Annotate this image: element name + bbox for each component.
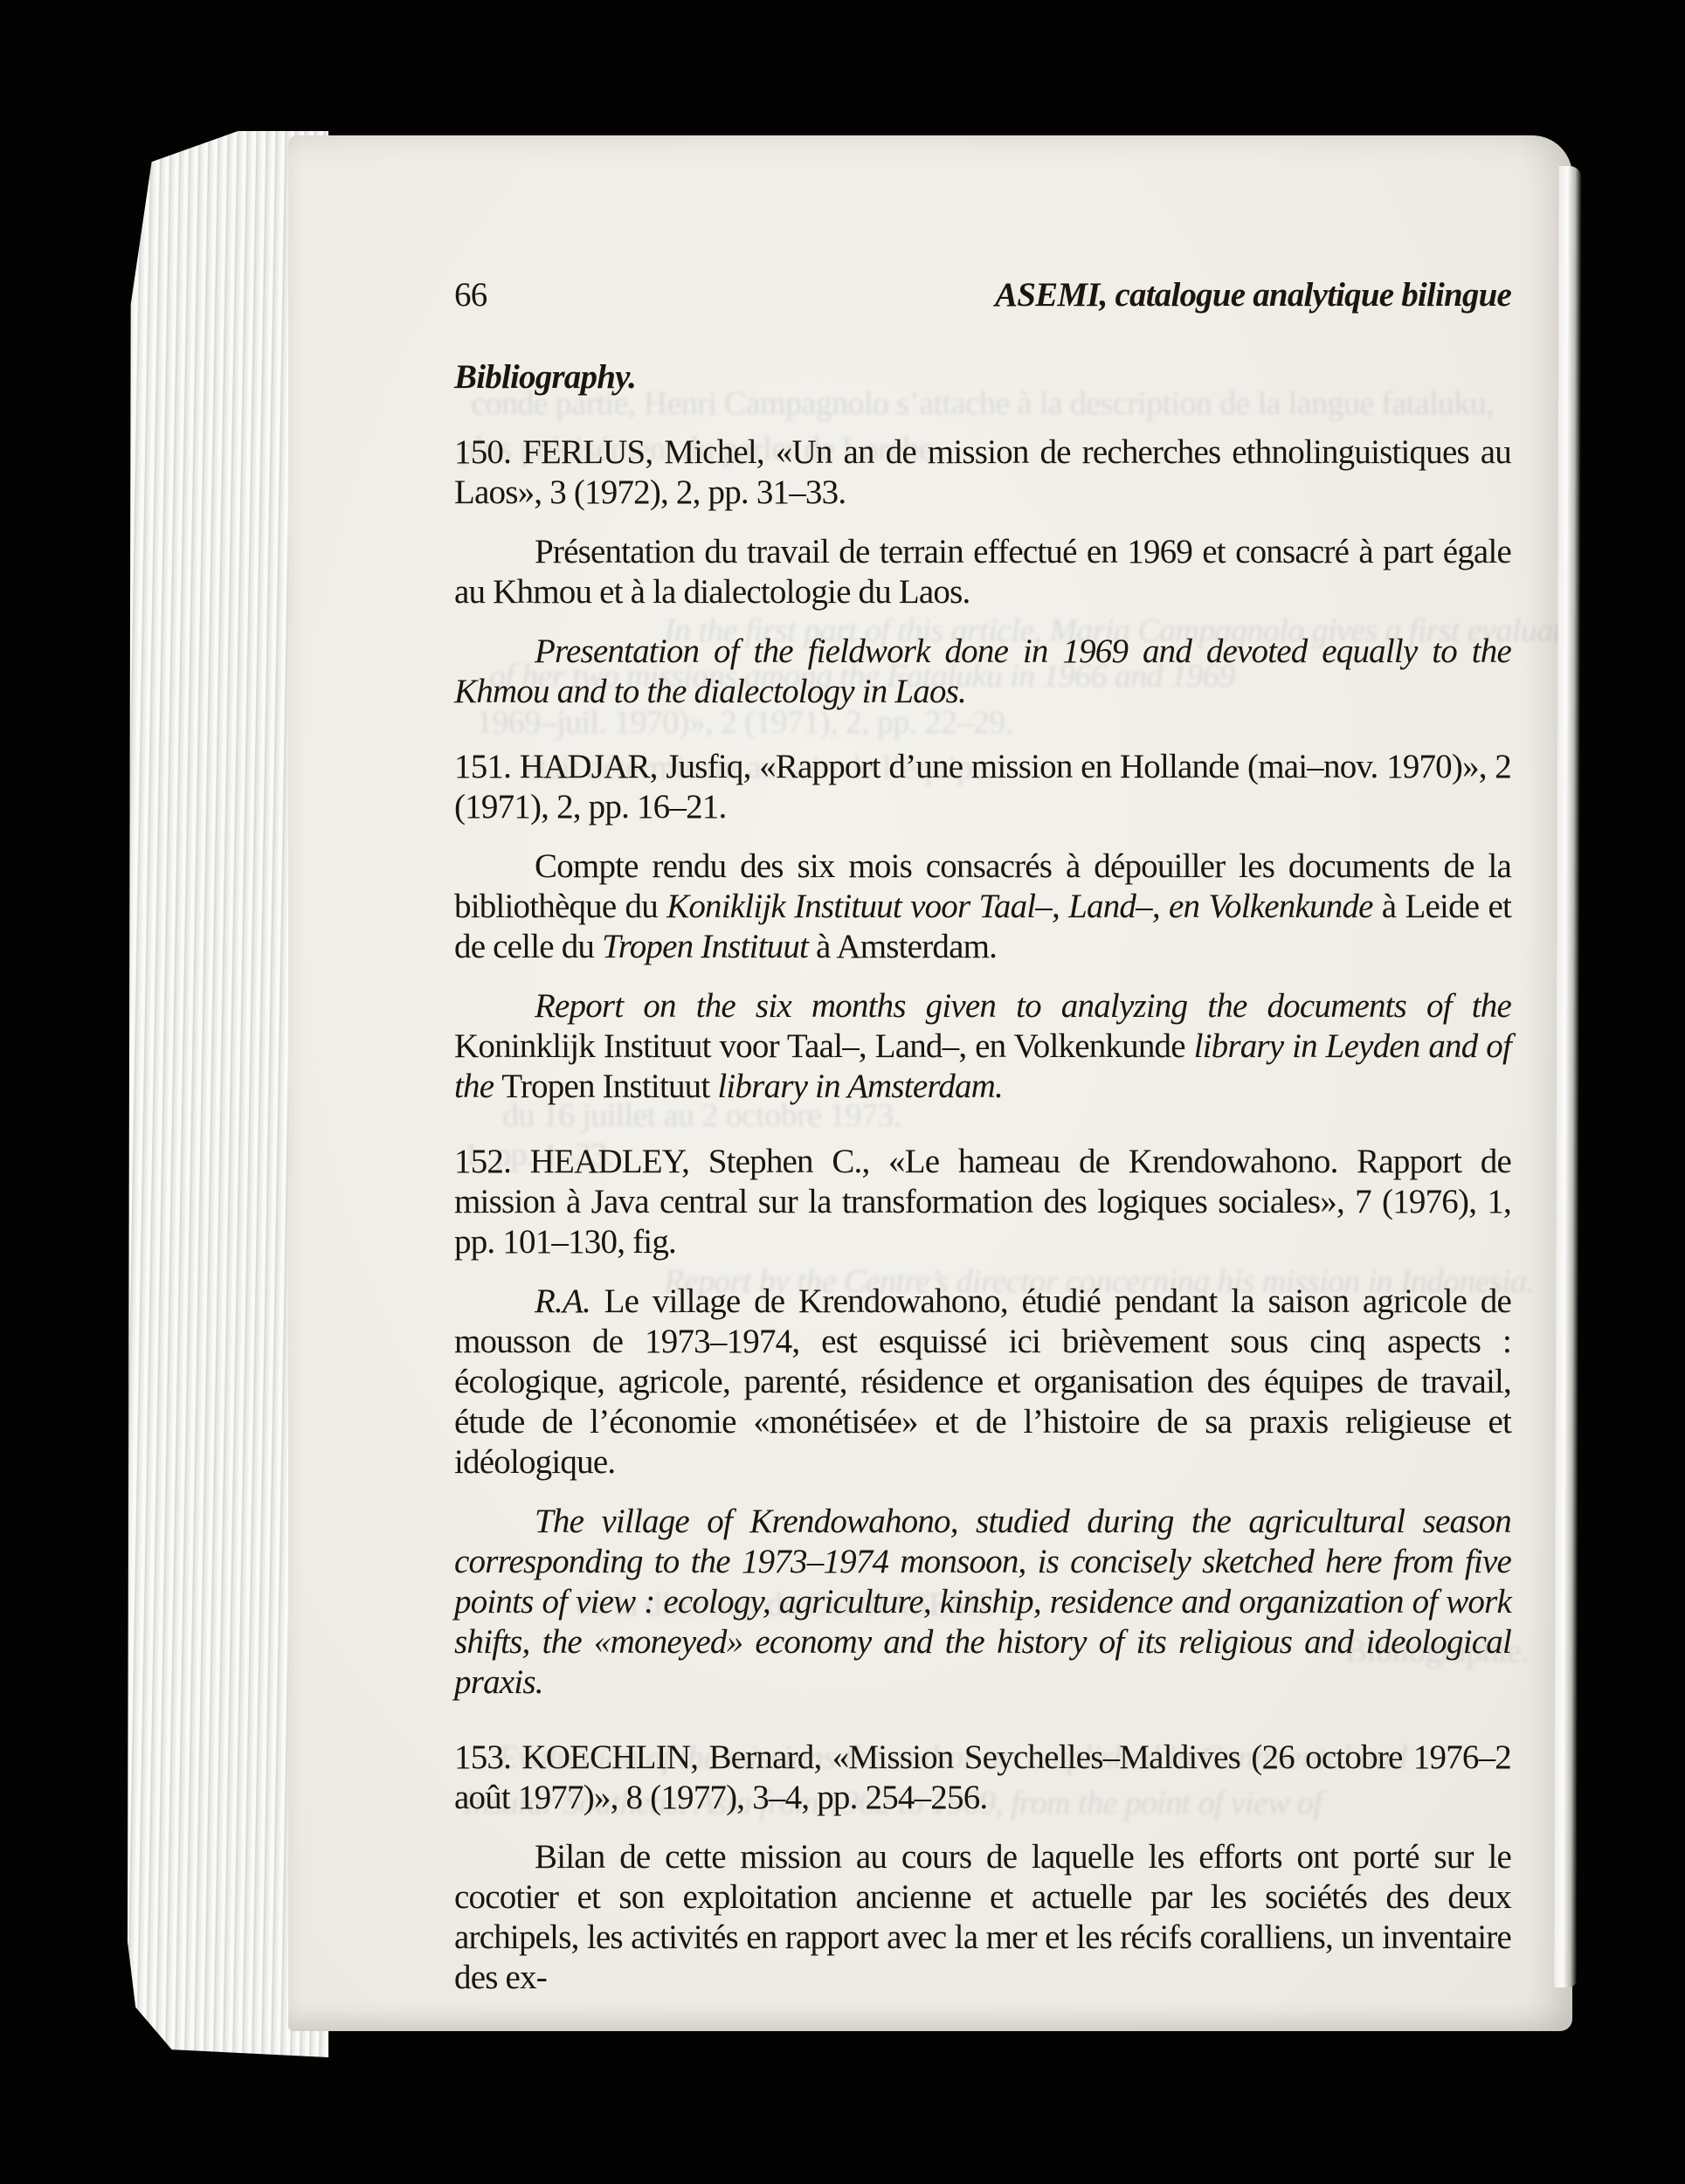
page-content: 66 ASEMI, catalogue analytique bilingue … [454, 275, 1511, 2017]
text-run: Bilan de cette mission au cours de laque… [454, 1838, 1511, 1996]
text-run: The village of Krendowahono, studied dur… [454, 1503, 1511, 1701]
text-run: Presentation of the fieldwork done in 19… [454, 632, 1511, 710]
entry-english-abstract: Presentation of the fieldwork done in 19… [454, 632, 1511, 712]
page-number: 66 [454, 275, 487, 315]
text-run: Koniklijk Instituut voor Taal–, Land–, e… [666, 888, 1372, 925]
entry-english-abstract: Report on the six months given to analyz… [454, 986, 1511, 1107]
book-page: conde partie, Henri Campagnolo s’attache… [288, 135, 1572, 2031]
entry-french-abstract: Bilan de cette mission au cours de laque… [454, 1837, 1511, 1998]
text-run: Le village de Krendowahono, étudié penda… [454, 1282, 1511, 1481]
text-run: Report on the six months given to analyz… [535, 987, 1511, 1025]
entry-french-abstract: Présentation du travail de terrain effec… [454, 532, 1511, 612]
bibliography-entry-153: 153. KOECHLIN, Bernard, «Mission Seychel… [454, 1738, 1511, 1998]
entry-heading: 151. HADJAR, Jusfiq, «Rapport d’une miss… [454, 747, 1511, 827]
page-gutter-edge [1554, 166, 1581, 1987]
text-run: Tropen Instituut [501, 1068, 717, 1105]
entry-french-abstract: Compte rendu des six mois consacrés à dé… [454, 847, 1511, 967]
bibliography-entry-151: 151. HADJAR, Jusfiq, «Rapport d’une miss… [454, 747, 1511, 1107]
photo-backdrop: conde partie, Henri Campagnolo s’attache… [0, 0, 1685, 2184]
text-run: Tropen Instituut [602, 928, 808, 965]
text-run: R.A. [535, 1282, 590, 1320]
entry-heading: 152. HEADLEY, Stephen C., «Le hameau de … [454, 1142, 1511, 1262]
entry-english-abstract: The village of Krendowahono, studied dur… [454, 1502, 1511, 1703]
text-run: Koninklijk Instituut voor Taal–, Land–, … [454, 1027, 1194, 1065]
page-header: 66 ASEMI, catalogue analytique bilingue [454, 275, 1511, 315]
bibliography-entry-152: 152. HEADLEY, Stephen C., «Le hameau de … [454, 1142, 1511, 1703]
text-run: library in Amsterdam. [717, 1068, 1003, 1105]
entry-french-abstract: R.A. Le village de Krendowahono, étudié … [454, 1282, 1511, 1482]
bibliography-entry-150: 150. FERLUS, Michel, «Un an de mission d… [454, 432, 1511, 712]
section-heading: Bibliography. [454, 357, 1511, 397]
entry-heading: 150. FERLUS, Michel, «Un an de mission d… [454, 432, 1511, 513]
text-run: Présentation du travail de terrain effec… [454, 533, 1511, 611]
entry-heading: 153. KOECHLIN, Bernard, «Mission Seychel… [454, 1738, 1511, 1818]
text-run: à Amsterdam. [808, 928, 997, 965]
running-title: ASEMI, catalogue analytique bilingue [995, 275, 1511, 315]
